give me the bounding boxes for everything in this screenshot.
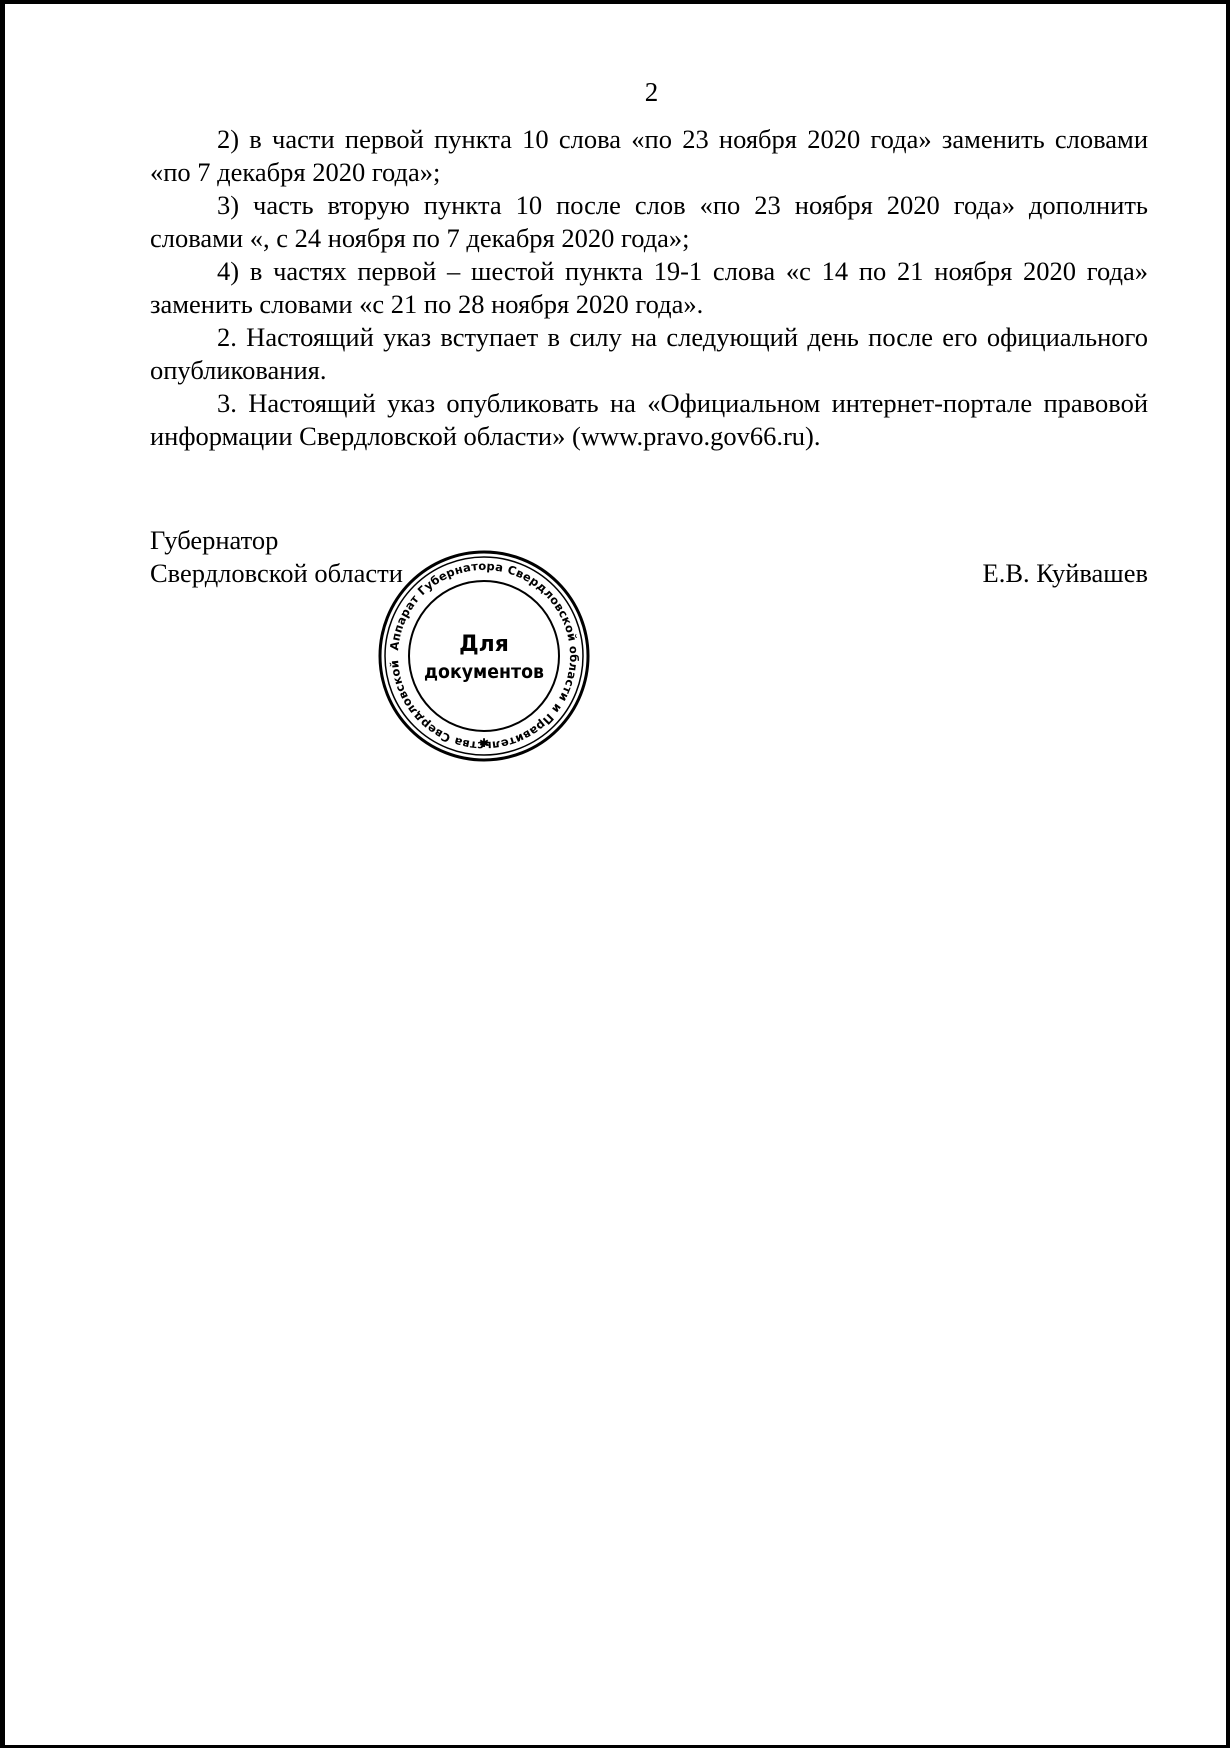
- stamp-center-line1: Для: [459, 632, 509, 657]
- stamp-seal-icon: Аппарат Губернатора Свердловской области…: [377, 549, 591, 763]
- signer-name: Е.В. Куйвашев: [983, 557, 1148, 590]
- paragraph-section-2: 2. Настоящий указ вступает в силу на сле…: [150, 321, 1148, 387]
- stamp-center-line2: документов: [424, 661, 544, 683]
- paragraph-item-3: 3) часть вторую пункта 10 после слов «по…: [150, 189, 1148, 255]
- stamp-star-icon: ✱: [479, 736, 489, 750]
- signature-block: Губернатор Свердловской области Е.В. Куй…: [150, 524, 1148, 590]
- document-page: 2 2) в части первой пункта 10 слова «по …: [0, 0, 1230, 1748]
- paragraph-section-3: 3. Настоящий указ опубликовать на «Офици…: [150, 387, 1148, 453]
- official-stamp: Аппарат Губернатора Свердловской области…: [377, 549, 591, 763]
- document-body: 2) в части первой пункта 10 слова «по 23…: [150, 123, 1148, 453]
- paragraph-item-2: 2) в части первой пункта 10 слова «по 23…: [150, 123, 1148, 189]
- page-number: 2: [5, 76, 1226, 109]
- paragraph-item-4: 4) в частях первой – шестой пункта 19-1 …: [150, 255, 1148, 321]
- signer-title-line1: Губернатор: [150, 524, 1148, 557]
